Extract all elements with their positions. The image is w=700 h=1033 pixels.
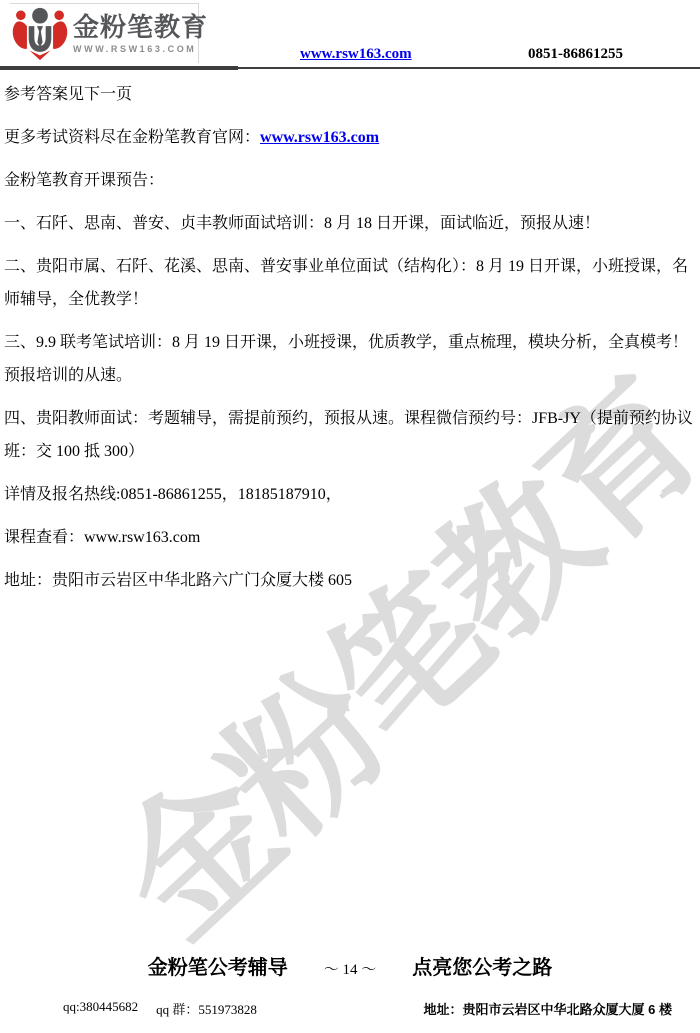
document-body: 参考答案见下一页 更多考试资料尽在金粉笔教育官网：www.rsw163.com … xyxy=(0,70,700,607)
paragraph-course-item-1: 一、石阡、思南、普安、贞丰教师面试培训：8 月 18 日开课，面试临近，预报从速… xyxy=(4,207,696,240)
paragraph-more-info: 更多考试资料尽在金粉笔教育官网：www.rsw163.com xyxy=(4,121,696,154)
document-page: 金粉笔教育 金粉笔教育 WWW.RSW163.COM www.rsw163.co… xyxy=(0,0,700,1033)
paragraph-course-item-2: 二、贵阳市属、石阡、花溪、思南、普安事业单位面试（结构化）：8 月 19 日开课… xyxy=(4,250,696,316)
brand-site-url: WWW.RSW163.COM xyxy=(73,44,208,54)
brand-logo-text: 金粉笔教育 WWW.RSW163.COM xyxy=(73,13,208,54)
footer-brand: 金粉笔公考辅导 xyxy=(148,951,288,980)
footer-qq-group: qq 群：551973828 xyxy=(156,999,257,1018)
paragraph-course-item-3: 三、9.9 联考笔试培训：8 月 19 日开课，小班授课，优质教学，重点梳理，模… xyxy=(4,326,696,392)
paragraph-notice-title: 金粉笔教育开课预告： xyxy=(4,164,696,197)
header-divider-left-segment xyxy=(0,66,238,70)
footer-page-number: ～ 14 ～ xyxy=(324,958,377,979)
paragraph-course-item-4: 四、贵阳教师面试：考题辅导，需提前预约，预报从速。课程微信预约号：JFB-JY（… xyxy=(4,402,696,468)
official-site-link[interactable]: www.rsw163.com xyxy=(260,129,379,146)
footer-main-line: 金粉笔公考辅导 ～ 14 ～ 点亮您公考之路 xyxy=(0,951,700,980)
header-site-link[interactable]: www.rsw163.com xyxy=(300,46,412,63)
footer-qq-number: qq:380445682 xyxy=(63,999,138,1018)
paragraph-hotline: 详情及报名热线:0851-86861255，18185187910， xyxy=(4,478,696,511)
brand-logo: 金粉笔教育 WWW.RSW163.COM xyxy=(10,3,199,63)
header-phone-number: 0851-86861255 xyxy=(528,46,623,63)
footer-sub-line: qq:380445682 qq 群：551973828 地址：贵阳市云岩区中华北… xyxy=(0,999,700,1018)
more-info-text: 更多考试资料尽在金粉笔教育官网： xyxy=(4,129,260,146)
paragraph-course-view: 课程查看：www.rsw163.com xyxy=(4,521,696,554)
page-header: 金粉笔教育 WWW.RSW163.COM www.rsw163.com 0851… xyxy=(0,0,700,70)
footer-contact-qq: qq:380445682 qq 群：551973828 xyxy=(63,999,257,1018)
footer-slogan: 点亮您公考之路 xyxy=(412,951,552,980)
footer-address: 地址：贵阳市云岩区中华北路众厦大厦 6 楼 xyxy=(424,999,672,1018)
paragraph-address: 地址：贵阳市云岩区中华北路六广门众厦大楼 605 xyxy=(4,564,696,597)
paragraph-answer-note: 参考答案见下一页 xyxy=(4,78,696,111)
brand-name: 金粉笔教育 xyxy=(73,13,208,41)
brand-logo-icon xyxy=(12,7,68,61)
